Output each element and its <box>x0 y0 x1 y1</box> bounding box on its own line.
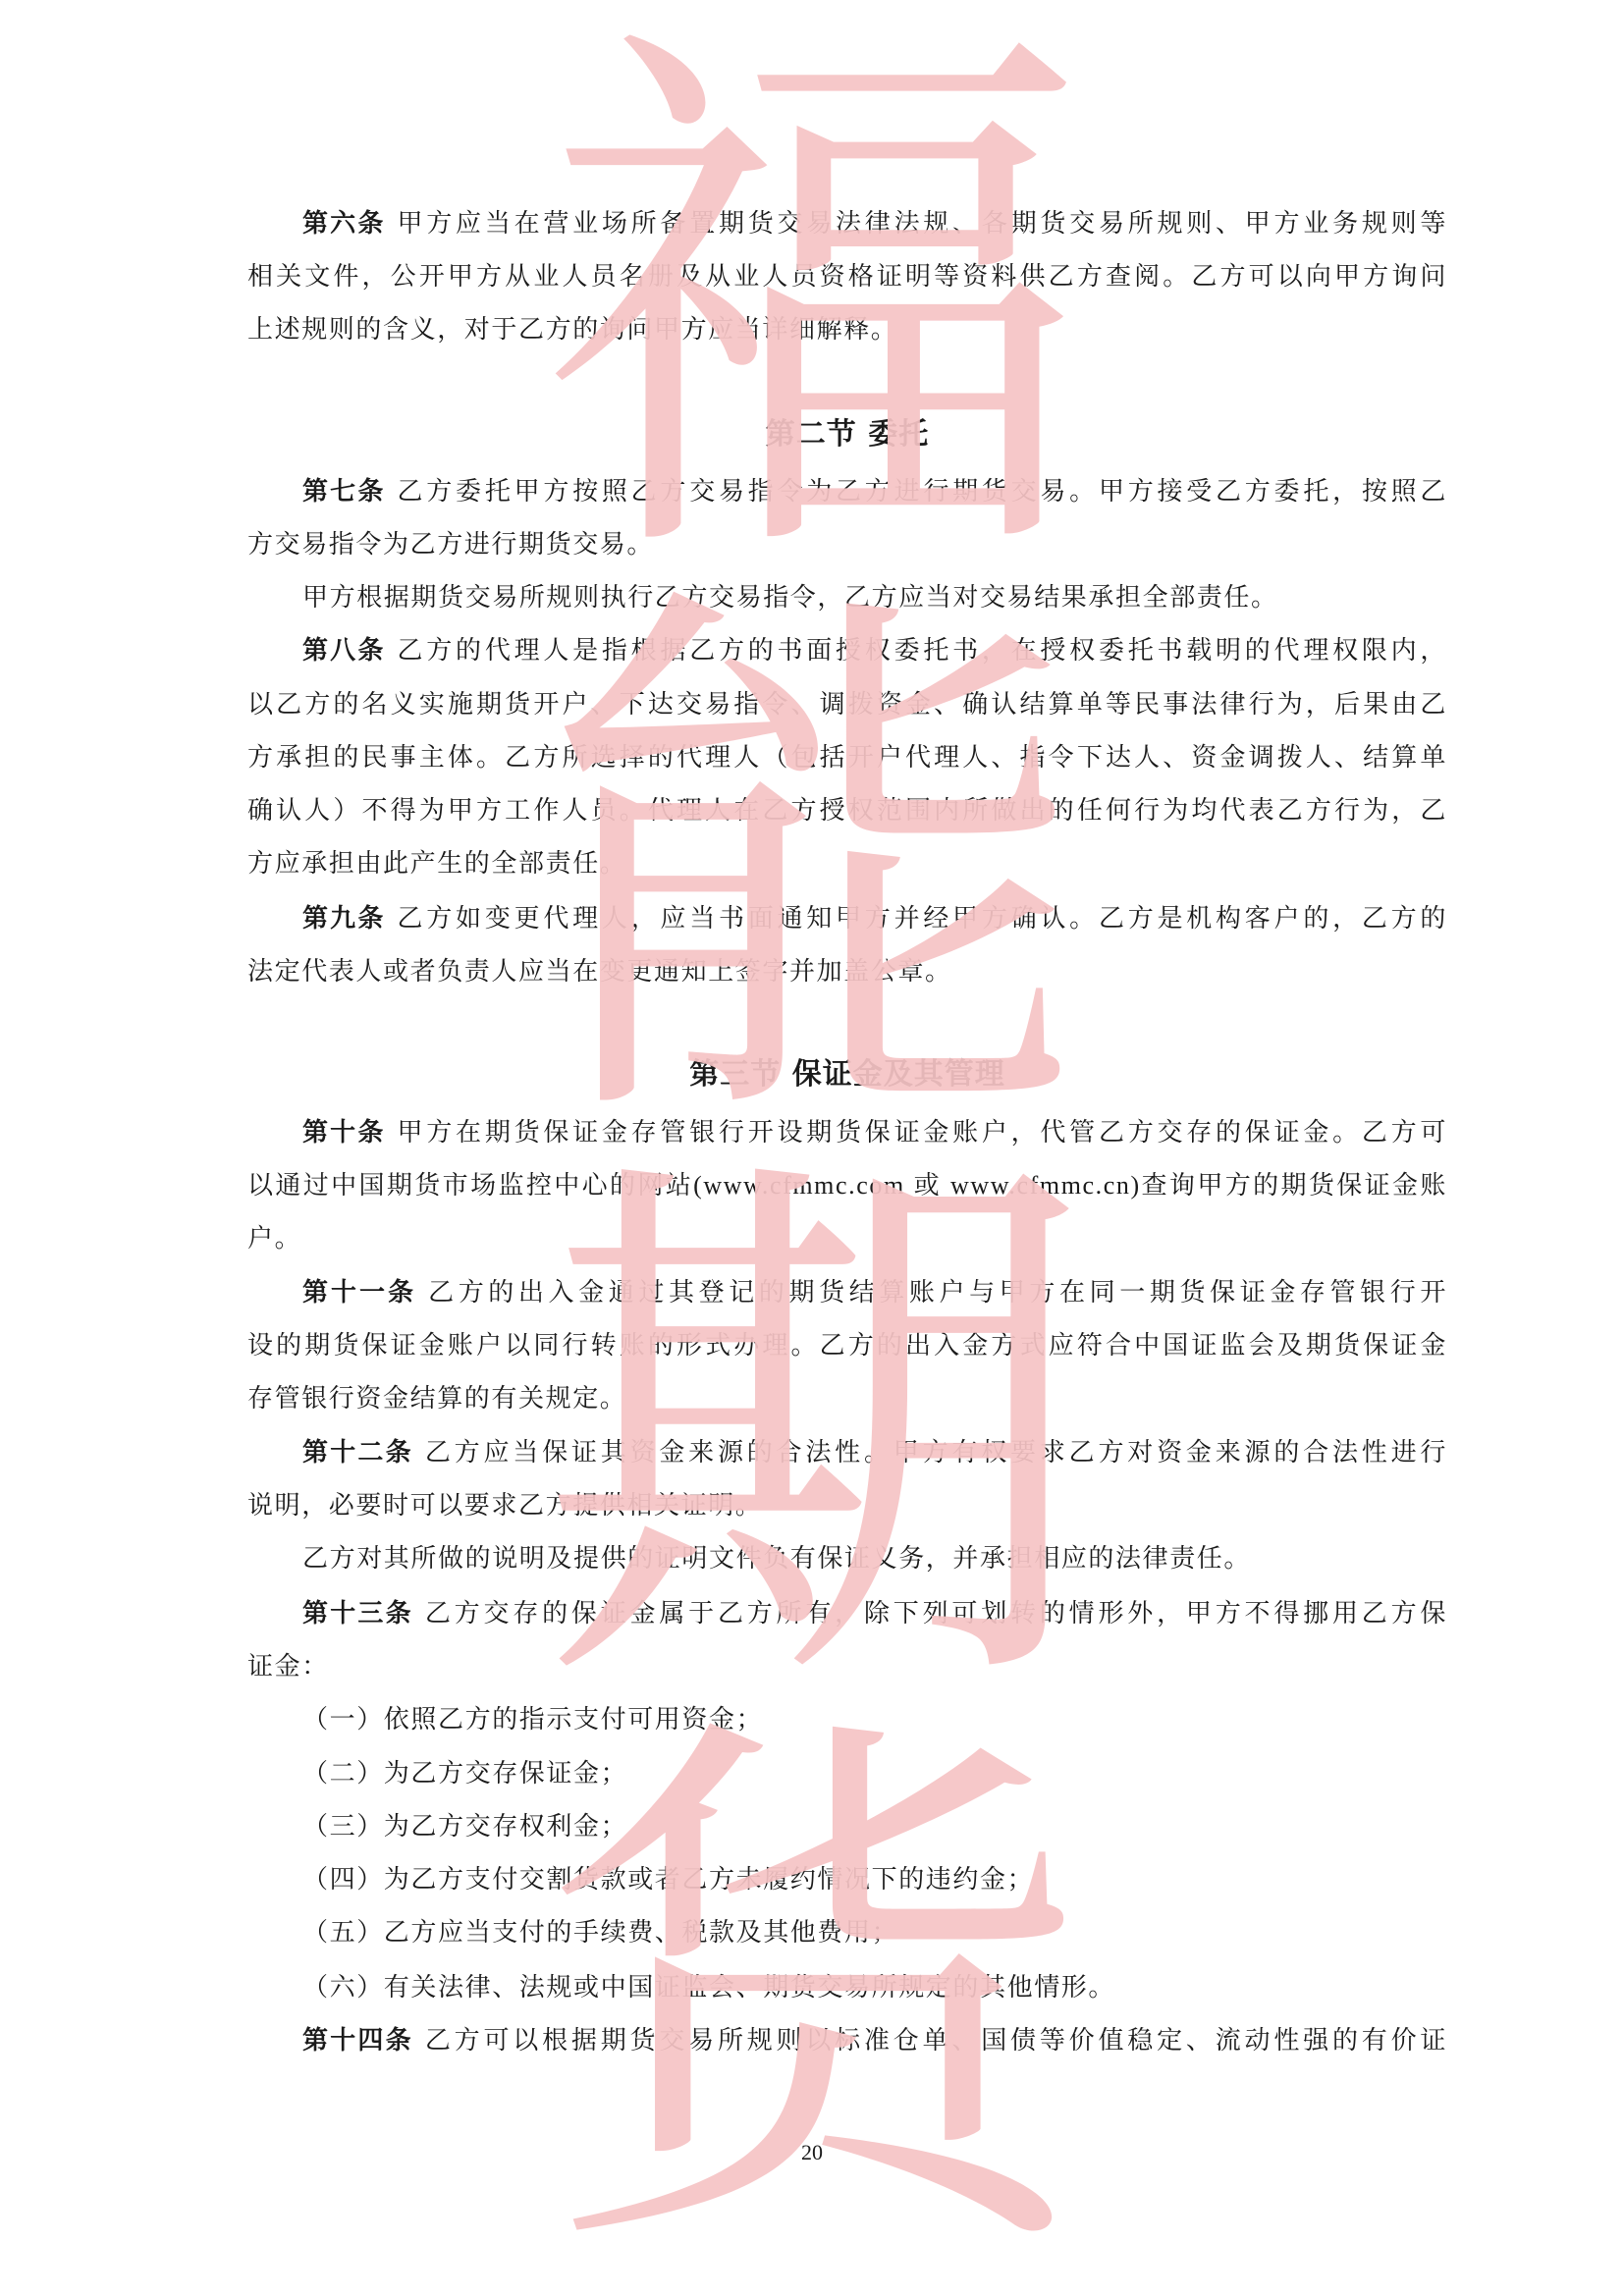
article-13-line-1: 第十三条乙方交存的保证金属于乙方所有，除下列可划转的情形外，甲方不得挪用乙方保 <box>247 1587 1447 1640</box>
article-7-line-1: 第七条乙方委托甲方按照乙方交易指令为乙方进行期货交易。甲方接受乙方委托，按照乙 <box>247 465 1447 518</box>
paragraph-text: 甲方在期货保证金存管银行开设期货保证金账户，代管乙方交存的保证金。乙方可 <box>398 1118 1447 1147</box>
article-6-line-3: 上述规则的含义，对于乙方的询问甲方应当详细解释。 <box>247 303 1447 356</box>
article-10-line-1: 第十条甲方在期货保证金存管银行开设期货保证金账户，代管乙方交存的保证金。乙方可 <box>247 1106 1447 1159</box>
paragraph-text: 乙方的出入金通过其登记的期货结算账户与甲方在同一期货保证金存管银行开 <box>428 1278 1447 1307</box>
article-label: 第十条 <box>302 1118 386 1148</box>
article-10-line-3: 户。 <box>247 1212 1447 1265</box>
list-item-1: （一）依照乙方的指示支付可用资金； <box>247 1693 1447 1746</box>
article-12-line-1: 第十二条乙方应当保证其资金来源的合法性。甲方有权要求乙方对资金来源的合法性进行 <box>247 1426 1447 1479</box>
article-9-line-2: 法定代表人或者负责人应当在变更通知上签字并加盖公章。 <box>247 945 1447 998</box>
list-item-5: （五）乙方应当支付的手续费、税款及其他费用； <box>247 1906 1447 1959</box>
list-item-6: （六）有关法律、法规或中国证监会、期货交易所规定的其他情形。 <box>247 1961 1447 2014</box>
article-7-paragraph-2: 甲方根据期货交易所规则执行乙方交易指令，乙方应当对交易结果承担全部责任。 <box>247 571 1447 624</box>
article-label: 第九条 <box>302 904 386 934</box>
article-12-paragraph-2: 乙方对其所做的说明及提供的证明文件负有保证义务，并承担相应的法律责任。 <box>247 1532 1447 1585</box>
article-label: 第十二条 <box>302 1438 413 1468</box>
article-6-line-1: 第六条甲方应当在营业场所备置期货交易法律法规、各期货交易所规则、甲方业务规则等 <box>247 197 1447 250</box>
paragraph-text: 乙方委托甲方按照乙方交易指令为乙方进行期货交易。甲方接受乙方委托，按照乙 <box>398 477 1447 506</box>
article-11-line-3: 存管银行资金结算的有关规定。 <box>247 1372 1447 1425</box>
article-12-line-2: 说明，必要时可以要求乙方提供相关证明。 <box>247 1479 1447 1532</box>
article-9-line-1: 第九条乙方如变更代理人，应当书面通知甲方并经甲方确认。乙方是机构客户的，乙方的 <box>247 892 1447 945</box>
paragraph-text: 甲方应当在营业场所备置期货交易法律法规、各期货交易所规则、甲方业务规则等 <box>398 209 1447 238</box>
article-8-line-2: 以乙方的名义实施期货开户、下达交易指令、调拨资金、确认结算单等民事法律行为，后果… <box>247 678 1447 731</box>
article-label: 第十一条 <box>302 1278 416 1308</box>
paragraph-text: 乙方如变更代理人，应当书面通知甲方并经甲方确认。乙方是机构客户的，乙方的 <box>398 904 1447 933</box>
article-label: 第七条 <box>302 477 386 507</box>
article-11-line-1: 第十一条乙方的出入金通过其登记的期货结算账户与甲方在同一期货保证金存管银行开 <box>247 1266 1447 1319</box>
article-14-line-1: 第十四条乙方可以根据期货交易所规则以标准仓单、国债等价值稳定、流动性强的有价证 <box>247 2014 1447 2067</box>
article-label: 第六条 <box>302 209 386 239</box>
article-11-line-2: 设的期货保证金账户以同行转账的形式办理。乙方的出入金方式应符合中国证监会及期货保… <box>247 1319 1447 1372</box>
page-number: 20 <box>0 2140 1624 2165</box>
paragraph-text: 乙方的代理人是指根据乙方的书面授权委托书，在授权委托书载明的代理权限内， <box>398 636 1447 665</box>
article-6-line-2: 相关文件，公开甲方从业人员名册及从业人员资格证明等资料供乙方查阅。乙方可以向甲方… <box>247 250 1447 303</box>
article-8-line-5: 方应承担由此产生的全部责任。 <box>247 837 1447 890</box>
article-8-line-1: 第八条乙方的代理人是指根据乙方的书面授权委托书，在授权委托书载明的代理权限内， <box>247 624 1447 677</box>
list-item-2: （二）为乙方交存保证金； <box>247 1747 1447 1800</box>
section-heading: 第二节 委托 <box>247 408 1447 461</box>
paragraph-text: 乙方交存的保证金属于乙方所有，除下列可划转的情形外，甲方不得挪用乙方保 <box>425 1599 1447 1628</box>
list-item-3: （三）为乙方交存权利金； <box>247 1800 1447 1853</box>
article-label: 第八条 <box>302 636 386 666</box>
article-8-line-4: 确认人）不得为甲方工作人员。代理人在乙方授权范围内所做出的任何行为均代表乙方行为… <box>247 784 1447 837</box>
section-heading: 第三节 保证金及其管理 <box>247 1048 1447 1101</box>
paragraph-text: 乙方可以根据期货交易所规则以标准仓单、国债等价值稳定、流动性强的有价证 <box>425 2026 1447 2055</box>
article-label: 第十三条 <box>302 1599 413 1629</box>
article-8-line-3: 方承担的民事主体。乙方所选择的代理人（包括开户代理人、指令下达人、资金调拨人、结… <box>247 731 1447 784</box>
article-7-line-2: 方交易指令为乙方进行期货交易。 <box>247 518 1447 571</box>
article-10-line-2: 以通过中国期货市场监控中心的网站(www.cfmmc.com 或 www.cfm… <box>247 1159 1447 1212</box>
list-item-4: （四）为乙方支付交割货款或者乙方未履约情况下的违约金； <box>247 1853 1447 1906</box>
paragraph-text: 乙方应当保证其资金来源的合法性。甲方有权要求乙方对资金来源的合法性进行 <box>425 1438 1447 1467</box>
article-label: 第十四条 <box>302 2026 413 2056</box>
article-13-line-2: 证金： <box>247 1640 1447 1693</box>
